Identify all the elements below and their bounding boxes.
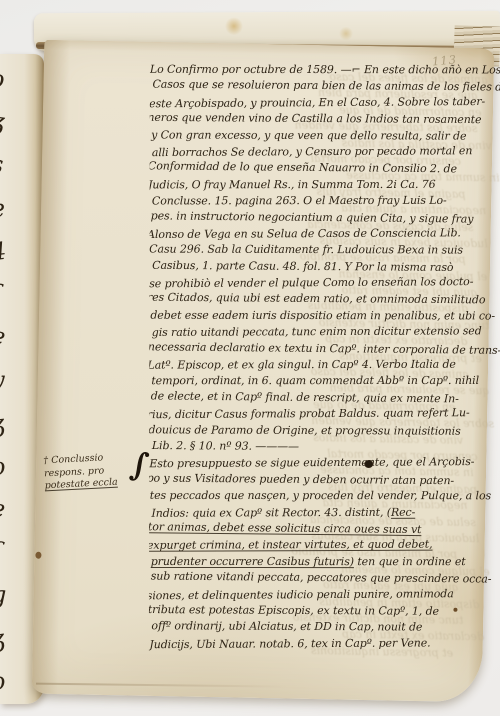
manuscript-line: douicus de Paramo de Origine, et progres… — [149, 422, 500, 440]
prev-page-glyph: s — [0, 143, 17, 188]
manuscript-line: po y sus Visitadores pueden y deben ocur… — [149, 470, 499, 490]
manuscript-line: Conclusse. 15. pagina 263. O el Maestro … — [152, 193, 500, 210]
line-segment: Judicis, O fray Manuel Rs., in Summa Tom… — [149, 178, 436, 191]
line-segment: Casibus, 1. parte Casu. 48. fol. 81. Y P… — [152, 259, 453, 274]
prev-page-glyph: ɔ — [0, 58, 17, 101]
prev-page-glyph: 4 — [0, 229, 17, 275]
prev-page-glyph: ſ — [0, 529, 17, 575]
prev-page-glyph: ʒ — [0, 99, 17, 145]
margin-note: † Conclussio respons. pro potestate eccl… — [43, 450, 147, 493]
manuscript-line: offº ordinarij, ubi Alciatus, et DD in C… — [151, 619, 500, 637]
line-segment: douicus de Paramo de Origine, et progres… — [149, 423, 461, 437]
line-segment: Casos que se resoluieron para bien de la… — [152, 78, 500, 94]
line-segment: Indios: quia ex Capº sit Rector. 43. dis… — [152, 505, 391, 519]
manuscript-page: 113 animas de los fieles del casoque se … — [32, 40, 494, 703]
prev-page-glyph: o — [0, 659, 17, 698]
margin-note-mark: † — [43, 455, 48, 466]
line-segment: sub ratione vitandi peccata, peccatores … — [151, 570, 492, 586]
paragraph: Esto presuppuesto se sigue euidentemente… — [149, 455, 500, 652]
prev-page-glyph: g — [0, 574, 17, 617]
manuscript-line: rius, dicitur Casus formalis probat Bald… — [149, 405, 499, 424]
manuscript-line: Judicijs, Ubi Nauar. notab. 6, tex in Ca… — [149, 635, 500, 654]
line-segment: offº ordinarij, ubi Alciatus, et DD in C… — [151, 620, 422, 634]
line-segment: debet esse eadem iuris dispositio etiam … — [150, 309, 495, 323]
prev-page-glyph: e — [0, 186, 17, 231]
line-segment: rius, dicitur Casus formalis probat Bald… — [149, 406, 470, 421]
ink-blot — [364, 460, 373, 468]
manuscript-line: res Citados, quia ubi est eadem ratio, e… — [149, 290, 499, 309]
line-segment: tes peccados que nasçen, y proceden del … — [150, 489, 491, 502]
line-segment: siones, et delinquentes iudicio penali p… — [149, 587, 454, 602]
line-segment: Conformidad de lo que enseña Nauarro in … — [149, 160, 457, 176]
prev-page-glyph: ʒ — [0, 401, 17, 447]
line-segment: Conclusse. 15. pagina 263. O el Maestro … — [152, 194, 447, 208]
line-segment: necessaria declaratio ex textu in Capº. … — [149, 340, 500, 357]
manuscript-line: expurget crimina, et instear virtutes, e… — [149, 537, 499, 555]
line-segment: tempori, ordinat, in 6. quam commendat A… — [151, 374, 479, 387]
line-segment: res Citados, quia ubi est eadem ratio, e… — [149, 291, 486, 307]
manuscript-line: neros que venden vino de Castilla a los … — [149, 110, 500, 129]
paper-crease — [36, 683, 288, 688]
margin-note-text-underlined: potestate eccla — [44, 477, 117, 492]
line-segment: expurget crimina, et instear virtutes, e… — [149, 538, 433, 552]
paragraph: Lo Confirmo por octubre de 1589. —⌐ En e… — [149, 62, 500, 456]
margin-note-text: Conclussio respons. pro — [44, 452, 105, 478]
line-segment: Esto presuppuesto se sigue euidentemente… — [149, 455, 474, 470]
manuscript-line: tempori, ordinat, in 6. quam commendat A… — [151, 373, 500, 390]
line-segment: prudenter occurrere Casibus futuris) — [151, 555, 354, 568]
prev-page-glyph: e — [0, 314, 17, 360]
prev-page-glyph: y — [0, 358, 17, 402]
line-segment: Rec- — [391, 505, 415, 518]
manuscript-line: Casu 296. Sab la Cuiditamente fr. Ludoui… — [149, 242, 500, 259]
line-segment: tor animas, debet esse solicitus circa o… — [149, 520, 422, 536]
line-segment: Lib. 2. § 10. nº 93. ———— — [152, 439, 299, 453]
prev-page-glyph: ſ — [0, 273, 17, 317]
prev-page-glyph: ʒ — [0, 616, 17, 662]
ink-blot — [453, 608, 457, 612]
line-segment: neros que venden vino de Castilla a los … — [149, 111, 482, 126]
manuscript-line: debet esse eadem iuris dispositio etiam … — [150, 308, 500, 325]
manuscript-line: Conformidad de lo que enseña Nauarro in … — [149, 159, 500, 179]
manuscript-line: Judicis, O fray Manuel Rs., in Summa Tom… — [149, 177, 500, 194]
line-segment: Alonso de Vega en su Selua de Casos de C… — [149, 226, 461, 241]
line-segment: Lo Confirmo por octubre de 1589. —⌐ En e… — [150, 63, 500, 77]
line-segment: de electe, et in Capº final. de rescript… — [151, 389, 459, 405]
prev-page-glyph: e — [0, 487, 17, 531]
line-segment: Latº. Episcop, et ex gla singul. in Capº… — [149, 358, 456, 372]
manuscript-photo: ɔʒse4ſeyʒoeſgʒo 113 animas de los fieles… — [0, 0, 500, 716]
line-segment: y Con gran excesso, y que veen que dello… — [151, 128, 466, 142]
manuscript-line: tes peccados que nasçen, y proceden del … — [150, 488, 500, 505]
manuscript-line: y Con gran excesso, y que veen que dello… — [151, 127, 500, 145]
main-text-block: Lo Confirmo por octubre de 1589. —⌐ En e… — [149, 62, 500, 667]
manuscript-line: siones, et delinquentes iudicio penali p… — [149, 585, 499, 604]
facing-page-writing: ɔʒse4ſeyʒoeſgʒo — [0, 58, 17, 698]
manuscript-line: Alonso de Vega en su Selua de Casos de C… — [149, 225, 499, 243]
manuscript-line: Latº. Episcop, et ex gla singul. in Capº… — [149, 357, 500, 374]
manuscript-line: prudenter occurrere Casibus futuris) ten… — [151, 554, 500, 571]
line-segment: Casu 296. Sab la Cuiditamente fr. Ludoui… — [149, 243, 463, 257]
line-segment: ten que in ordine et — [354, 555, 466, 568]
line-segment: tributa est potestas Episcopis, ex textu… — [149, 603, 439, 618]
line-segment: pes. in instructorio negociantium a quie… — [151, 209, 474, 225]
line-segment: po y sus Visitadores pueden y deben ocur… — [149, 471, 454, 487]
line-segment: gis ratio uitandi peccata, tunc enim non… — [152, 325, 482, 340]
line-segment: Judicijs, Ubi Nauar. notab. 6, tex in Ca… — [149, 636, 430, 651]
line-segment: alli borrachos Se declaro, y Censuro por… — [152, 144, 473, 159]
line-segment: este Arçobispado, y prouincia, En el Cas… — [149, 95, 485, 110]
line-segment: se prohibiò el vender el pulque Como lo … — [149, 275, 473, 290]
ink-blot — [35, 552, 41, 559]
prev-page-glyph: o — [0, 444, 17, 490]
